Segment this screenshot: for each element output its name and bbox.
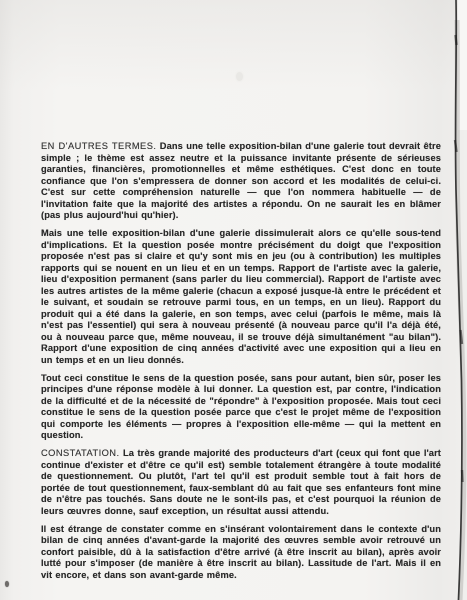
- scanned-book-page: EN D'AUTRES TERMES. Dans une telle expos…: [0, 0, 467, 600]
- paragraph-body: Tout ceci constitue le sens de la questi…: [41, 373, 441, 441]
- paragraph-implications: Mais une telle exposition-bilan d'une ga…: [41, 228, 441, 366]
- paragraph-body: La très grande majorité des producteurs …: [41, 448, 441, 516]
- paragraph-constatation: CONSTATATION. La très grande majorité de…: [41, 448, 441, 517]
- paragraph-body: Il est étrange de constater comme en s'i…: [41, 524, 441, 580]
- paragraph-en-dautres-termes: EN D'AUTRES TERMES. Dans une telle expos…: [41, 141, 441, 222]
- print-speck: [5, 581, 9, 587]
- lead-in-phrase: CONSTATATION.: [41, 448, 120, 458]
- text-column: EN D'AUTRES TERMES. Dans une telle expos…: [41, 141, 441, 588]
- paragraph-body: Dans une telle exposition-bilan d'une ga…: [41, 141, 441, 220]
- paragraph-conclusion: Il est étrange de constater comme en s'i…: [41, 524, 441, 582]
- paragraph-body: Mais une telle exposition-bilan d'une ga…: [41, 228, 441, 365]
- paragraph-tout-ceci: Tout ceci constitue le sens de la questi…: [41, 373, 441, 442]
- scan-smudge: [236, 72, 243, 81]
- lead-in-phrase: EN D'AUTRES TERMES.: [41, 141, 156, 151]
